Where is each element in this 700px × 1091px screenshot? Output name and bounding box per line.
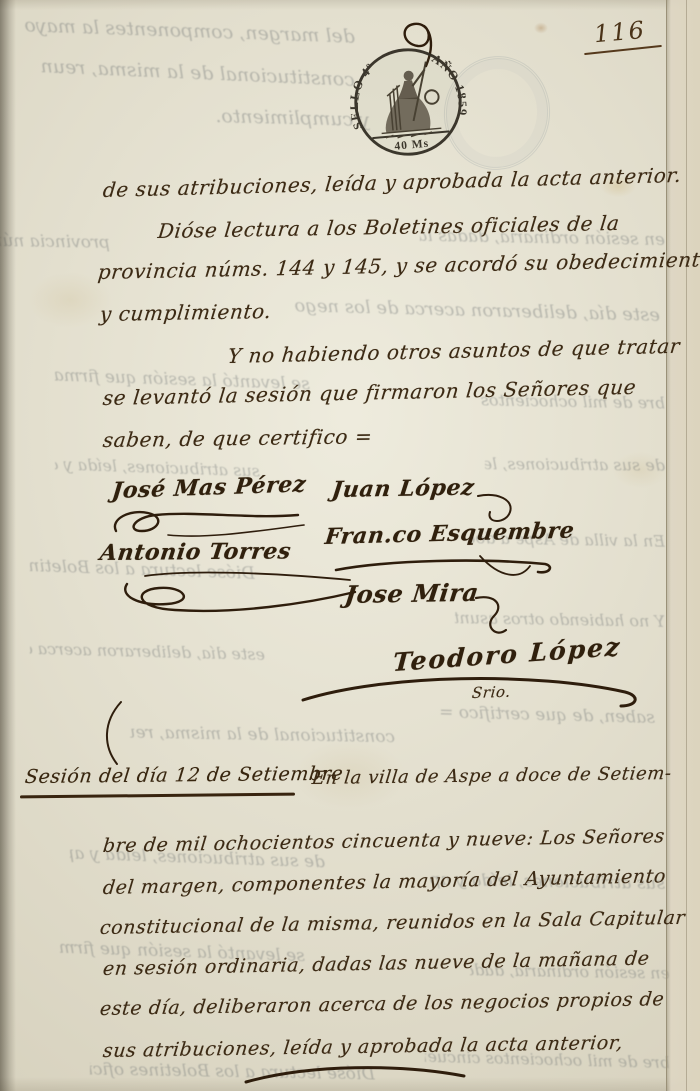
manuscript-line: del margen, componentes la mayoría del A… (102, 865, 667, 899)
bleedthrough-text: constitucional de la misma, reunidos en … (130, 723, 395, 748)
manuscript-line: bre de mil ochocientos cincuenta y nueve… (102, 825, 666, 857)
signature: José Mas Pérez (111, 471, 308, 504)
manuscript-line: saben, de que certifico = (102, 424, 374, 452)
bleedthrough-text: este día, deliberaron acerca de los nego… (295, 295, 660, 326)
manuscript-page: del margen, componentes la mayoría del A… (0, 0, 700, 1091)
signature-rubric (466, 590, 516, 645)
session-heading: Sesión del día 12 de Setiembre (24, 763, 345, 788)
manuscript-line: En la villa de Aspe a doce de Setiem- (311, 763, 673, 789)
bleedthrough-text: de sus atribuciones, leída y aprobada la… (485, 454, 665, 475)
page-edge-crease (686, 0, 687, 1091)
pen-mark (97, 698, 127, 768)
manuscript-line: constitucional de la misma, reunidos en … (99, 907, 687, 939)
bleedthrough-text: este día, deliberaron acerca de los nego… (30, 639, 265, 664)
bleedthrough-text: constitucional de la misma, reunidos en … (40, 55, 356, 91)
revenue-stamp: SELLO 4º AÑO 1859. 40 Ms (345, 39, 471, 165)
signature: Jose Mira (343, 578, 480, 609)
signature: Juan López (330, 474, 476, 503)
bleedthrough-text: provincia núms. 144 y 145, y se acordó s… (0, 231, 110, 253)
binding-gutter-shadow (0, 0, 16, 1091)
manuscript-line: este día, deliberaron acerca de los nego… (99, 988, 666, 1020)
heading-underline (20, 793, 295, 799)
bleedthrough-text: y cumplimiento. (135, 103, 370, 131)
closing-flourish (240, 1058, 470, 1088)
bleedthrough-text: del margen, componentes la mayoría del A… (25, 14, 356, 48)
secretary-title: Srio. (471, 683, 511, 702)
manuscript-line: Y no habiendo otros asuntos de que trata… (227, 334, 682, 368)
folio-number: 116 (593, 16, 647, 48)
manuscript-line: de sus atribuciones, leída y aprobada la… (102, 163, 683, 202)
signature: Antonio Torres (98, 538, 292, 566)
manuscript-line: y cumplimiento. (99, 299, 273, 326)
manuscript-line: provincia núms. 144 y 145, y se acordó s… (97, 247, 700, 284)
signature-rubric (115, 566, 365, 616)
